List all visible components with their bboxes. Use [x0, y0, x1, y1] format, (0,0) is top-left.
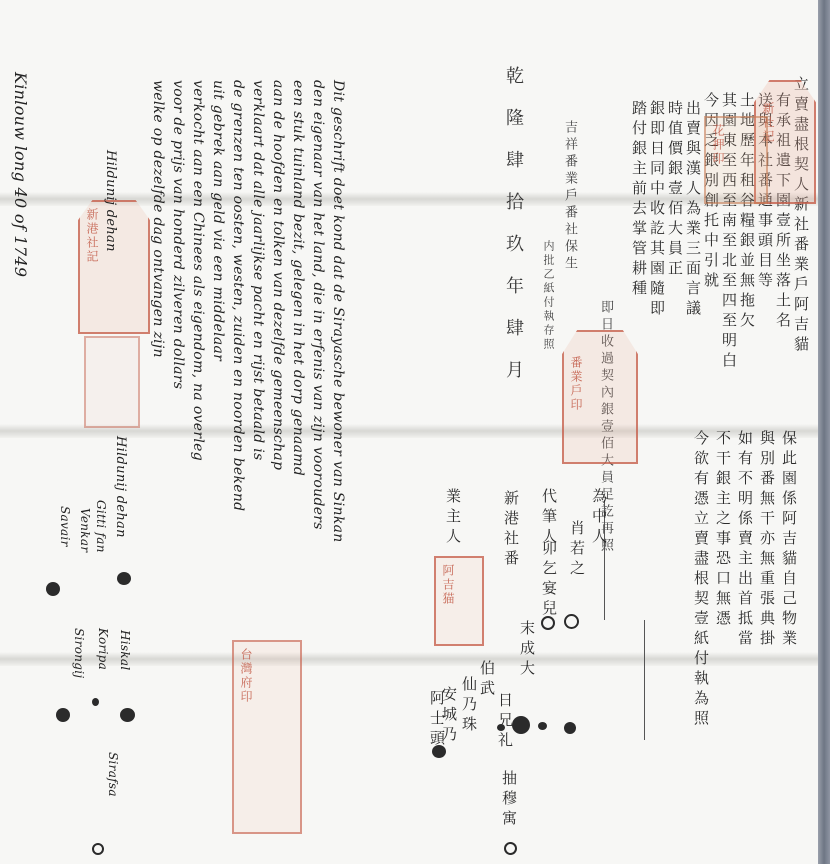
- body-column: 踏付銀主前去掌管耕種: [630, 100, 648, 300]
- dutch-line: verklaart dat alle jaarlijkse pacht en r…: [250, 80, 266, 461]
- date-char: 乾: [503, 66, 524, 108]
- body-column: 銀即日同中收訖其園隨即: [648, 100, 666, 320]
- dutch-signature: Hiskal: [118, 630, 132, 671]
- fingerprint-mark: [120, 708, 135, 722]
- scan-edge: [818, 0, 830, 864]
- red-seal: 番業戶印: [562, 330, 638, 464]
- fingerprint-mark: [56, 708, 70, 722]
- date-char: 玖: [503, 234, 524, 276]
- date-note: 内批乙紙付執存照: [540, 240, 556, 352]
- body-column: 不干銀主之事恐口無憑: [714, 430, 732, 630]
- ring-mark: [564, 614, 579, 629]
- date-char: 肆: [503, 150, 524, 192]
- dutch-signature: Gitti fan: [94, 500, 108, 553]
- date-char: 拾: [503, 192, 524, 234]
- dutch-line: verkocht aan een Chinees als eigendom, n…: [190, 80, 206, 461]
- fingerprint-mark: [497, 724, 505, 731]
- date-char: 月: [503, 360, 524, 402]
- witness-name: 末成大: [518, 620, 536, 680]
- red-seal: 花押印: [704, 116, 768, 204]
- seal-lower-frame: [84, 336, 140, 428]
- witness-label: 新港社番: [502, 490, 520, 570]
- dutch-signature: Savair: [58, 506, 72, 547]
- fingerprint-mark: [512, 716, 530, 734]
- fingerprint-mark: [46, 582, 60, 596]
- date-char: 肆: [503, 318, 524, 360]
- seller-label: 業主人: [444, 488, 462, 548]
- fingerprint-mark: [117, 572, 131, 585]
- date-column: 乾隆肆拾玖年肆月: [500, 66, 526, 446]
- date-char: 隆: [503, 108, 524, 150]
- witness-name: 阿士頭: [428, 690, 446, 750]
- seal-text: 阿吉猫: [436, 558, 461, 612]
- dutch-line: Dit geschrift doet kond dat de Sirayasch…: [330, 80, 346, 543]
- date-char: 年: [503, 276, 524, 318]
- dutch-line: een stuk tuinland bezit, gelegen in het …: [290, 80, 306, 476]
- body-column: 保此園係阿吉貓自己物業: [780, 430, 798, 650]
- dutch-line: uit gebrek aan geld via een middelaar: [210, 80, 226, 361]
- seller-seal: 阿吉猫: [434, 556, 484, 646]
- dutch-line: den eigenaar van het land, die in erfeni…: [310, 80, 326, 530]
- body-column: 時值價銀壹佰大員正: [666, 100, 684, 280]
- dutch-line: aan de hoofden en tolken van dezelfde ge…: [270, 80, 286, 470]
- scribe-label: 代筆人: [540, 488, 558, 548]
- witness-line: 吉祥番業戶番社保生: [560, 120, 579, 273]
- scribe-name: 卯乞宴兒: [540, 540, 558, 620]
- dutch-signature: Sirongij: [72, 628, 86, 678]
- dutch-line: welke op dezelfde dag ontvangen zijn: [150, 80, 166, 358]
- ring-mark: [541, 616, 555, 630]
- red-seal-middle: 台灣府印: [232, 640, 302, 834]
- ink-rule: [644, 620, 645, 740]
- fingerprint-mark: [432, 745, 446, 758]
- witness-name: 伯武: [478, 660, 496, 700]
- dutch-signature: Sirafsa: [106, 752, 120, 797]
- seal-signature: Hildunij dehan: [103, 150, 118, 252]
- fingerprint-mark: [564, 722, 576, 734]
- fingerprint-mark: [538, 722, 547, 730]
- seal-text: 花押印: [706, 118, 731, 172]
- dutch-line: voor de prijs van honderd zilveren dolla…: [170, 80, 186, 389]
- dutch-signature: Venkar: [78, 508, 92, 552]
- dutch-signature: Koripa: [96, 628, 110, 670]
- body-column: 如有不明係賣主出首抵當: [736, 430, 754, 650]
- middleman-label: 為中人: [590, 488, 608, 548]
- bottom-name: 抽穆寓: [500, 770, 518, 830]
- document-paper: Kinlouw long 40 of 1749 新港社記 Hildunij de…: [0, 0, 818, 864]
- body-column: 與別番無干亦無重張典掛: [758, 430, 776, 650]
- seal-text: 台灣府印: [234, 642, 259, 710]
- fingerprint-mark: [92, 698, 99, 706]
- margin-note: Kinlouw long 40 of 1749: [11, 72, 30, 277]
- seal-text: 新港社記: [80, 202, 105, 270]
- middleman-name: 肖若之: [568, 520, 586, 580]
- witness-name: 仙乃珠: [460, 676, 478, 736]
- dutch-line: de grenzen ten oosten, westen, zuiden en…: [230, 80, 246, 511]
- seal-text: 番業戶印: [564, 332, 589, 418]
- dutch-signature: Hildunij dehan: [113, 436, 128, 538]
- body-column: 今欲有憑立賣盡根契壹紙付執為照: [692, 430, 710, 730]
- ring-mark: [92, 843, 104, 855]
- body-column: 出賣與漢人為業三面言議: [684, 100, 702, 320]
- ring-mark: [504, 842, 517, 855]
